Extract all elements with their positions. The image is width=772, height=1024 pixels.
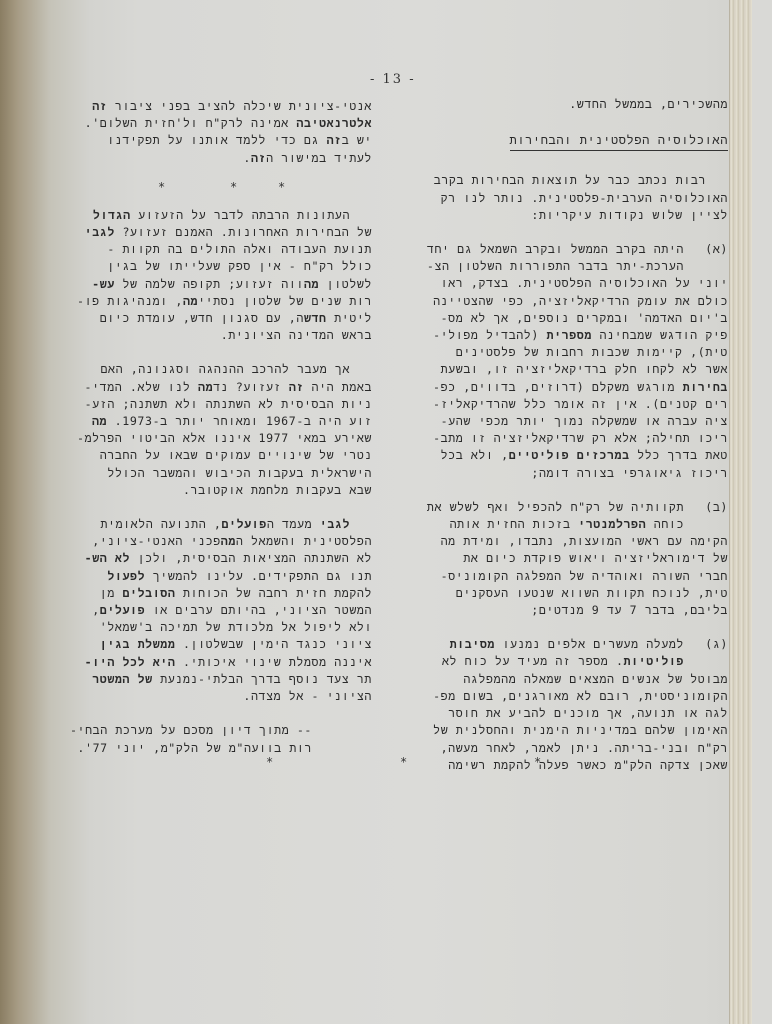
text-line: הישראלית בעקבות הכיבוש והמשבר הכולל [38, 465, 372, 482]
text-line: זוע היה ב-1967 ומאוחר יותר ב-1973. מה [38, 413, 372, 430]
signature: -- מתוך דיון מסכם על מערכת הבחי-רות בווע… [38, 722, 372, 756]
text-line: הציוני - אל מצדה. [38, 688, 372, 705]
text-line: נטרי של שינויים עמוקים שבאו על החברה [38, 447, 372, 464]
text-line: תר צעד נוסף בדרך הבלתי-נמנעת של המשטר [38, 671, 372, 688]
text-line: למעלה מעשרים אלפים נמנעו מסיבות [400, 636, 684, 653]
text-line: לגבי מעמד הפועלים, התנועה הלאומית [38, 516, 372, 533]
text-line: ריכו תחילה; אלא רק שרדיקאליזציה זו מתב- [400, 430, 728, 447]
text-line: שבא בעקבות מלחמת אוקטובר. [38, 482, 372, 499]
text-line: רים קטנים). אין זה אומר כלל שהרדיקאליז- [400, 396, 728, 413]
text-line: ולא ליפול אל מלכודת של תמיכה ב'שמאל' [38, 619, 372, 636]
text-line: יש בזה גם כדי ללמד אותנו על תפקידנו [38, 132, 372, 149]
text-line: יוני על האוכלוסיה הפלסטינית. בצדק, ראו [400, 275, 728, 292]
text-line: של הבחירות האחרונות. האמנם זעזוע? לגבי [38, 224, 372, 241]
text-line: ב'יום האדמה' ובמקרים נוספים, אך לא מס- [400, 310, 728, 327]
text-line: פוליטיות. מספר זה מעיד על כוח לא [400, 653, 684, 670]
text-line: אך מעבר להרכב ההנהגה וסגנונה, האם [38, 361, 372, 378]
text-line: ריכוז גיאוגרפי בצורה דומה; [400, 465, 728, 482]
list-marker: (ב) [705, 499, 728, 516]
text-line: טאת בדרך כלל במרכזים פוליטיים, ולא בכל [400, 447, 728, 464]
footer-separator: * * * [0, 755, 752, 775]
right-column: מהשכירים, בממשל החדש. האוכלוסיה הפלסטיני… [400, 96, 728, 774]
text-line: חברי השורה ואוהדיה של המפלגה הקומוניס- [400, 568, 728, 585]
text-line: הערכת-יתר בדבר התפוררות השלטון הצ- [400, 258, 684, 275]
text-line: לעתיד במישור הזה. [38, 150, 372, 167]
text-line: ניות הבסיסית לא השתנתה ולא תשתנה; הזע- [38, 396, 372, 413]
opening-lines: אנטי-ציונית שיכלה להציב בפני ציבור זהאלט… [38, 98, 372, 167]
text-line: לא השתנתה המציאות הבסיסית, ולכן לא הש- [38, 550, 372, 567]
text-line: תנו גם התפקידים. עלינו להמשיך לפעול [38, 568, 372, 585]
text-line: בראש המדינה הציונית. [38, 327, 372, 344]
text-line: איננה מסמלת שינוי איכותי. היא לכל היו- [38, 654, 372, 671]
paragraph-3: לגבי מעמד הפועלים, התנועה הלאומיתהפלסטינ… [38, 516, 372, 705]
text-line: האימון שלהם במדיניות הימנית והחסלנית של [400, 722, 728, 739]
scanned-page: - 13 - מהשכירים, בממשל החדש. האוכלוסיה ה… [0, 0, 752, 1024]
text-line: טית, לנוכח תקוות השווא שנטעו העסקנים [400, 585, 728, 602]
text-line: המשטר הציוני, בהיותם ערבים או פועלים, [38, 602, 372, 619]
list-marker: (ג) [705, 636, 728, 653]
text-line: הקומוניסטית, רובם לא מאורגנים, בשום מפ- [400, 688, 728, 705]
paragraph-2: אך מעבר להרכב ההנהגה וסגנונה, האםבאמת הי… [38, 361, 372, 499]
opening-line: מהשכירים, בממשל החדש. [400, 96, 728, 113]
text-line: העתונות הרבתה לדבר על הזעזוע הגדול [38, 207, 372, 224]
text-line: כולם את עומק הרדיקאליזציה, כפי שהצטיינה [400, 293, 728, 310]
text-line: של דימוראליזציה ויאוש פוקדת כיום את [400, 550, 728, 567]
text-line: ליטית חדשה, עם סגנון חדש, עומדת כיום [38, 310, 372, 327]
section-heading: האוכלוסיה הפלסטינית והבחירות [510, 132, 728, 151]
list-item-c: (ג)למעלה מעשרים אלפים נמנעו מסיבותפוליטי… [400, 636, 728, 774]
text-line: טית), קיימות שכבות רחבות של פלסטינים [400, 344, 728, 361]
text-line: מבוטל של אנשים המצאים שמאלה מהמפלגה [400, 671, 728, 688]
text-line: הפלסטינית והשמאל המהפכני האנטי-ציוני, [38, 533, 372, 550]
list-item-a: (א)היתה בקרב הממשל ובקרב השמאל גם יחדהער… [400, 241, 728, 482]
text-line: תנועת העבודה ואלה התולים בה תקוות - [38, 241, 372, 258]
text-line: כולל רק"ח - אין ספק שעלייתו של בגין [38, 258, 372, 275]
left-column: אנטי-ציונית שיכלה להציב בפני ציבור זהאלט… [38, 98, 372, 757]
text-line: באמת היה זה זעזוע? נדמה לנו שלא. המדי- [38, 379, 372, 396]
text-line: כוחה הפרלמנטרי בזכות החזית אותה [400, 516, 684, 533]
text-line: לשלטון מהווה זעזוע; תקופה שלמה של עש- [38, 276, 372, 293]
text-line: -- מתוך דיון מסכם על מערכת הבחי- [38, 722, 312, 739]
section-separator: * * * [38, 167, 372, 207]
text-line: בחירות מורגש משקלם (דרוזים, בדווים, כפ- [400, 379, 728, 396]
text-line: שאירע במאי 1977 איננו אלא הביטוי הפרלמ- [38, 430, 372, 447]
text-line: לגה או תנועה, אך מוכנים להביע את חוסר [400, 705, 728, 722]
book-page-edges [729, 0, 752, 1024]
text-line: ציה עברה או שמשקלה נמוך יותר מכפי שהע- [400, 413, 728, 430]
page-number: - 13 - [370, 72, 416, 87]
paragraph-1: העתונות הרבתה לדבר על הזעזוע הגדולשל הבח… [38, 207, 372, 345]
text-line: פיק הודגש שמבחינה מספרית (להבדיל מפולי- [400, 327, 728, 344]
intro-paragraph: רבות נכתב כבר על תוצאות הבחירות בקרב האו… [400, 172, 728, 224]
text-line: תקוותיה של רק"ח להכפיל ואף לשלש את [400, 499, 684, 516]
text-line: בליבם, בדבר 7 עד 9 מנדטים; [400, 602, 728, 619]
text-line: היתה בקרב הממשל ובקרב השמאל גם יחד [400, 241, 684, 258]
list-item-b: (ב)תקוותיה של רק"ח להכפיל ואף לשלש אתכוח… [400, 499, 728, 619]
text-line: אנטי-ציונית שיכלה להציב בפני ציבור זה [38, 98, 372, 115]
list-marker: (א) [705, 241, 728, 258]
text-line: להקמת חזית רחבה של הכוחות הסובלים מן [38, 585, 372, 602]
text-line: אשר לא לקחו חלק ברדיקאליזציה זו, ובשעת [400, 361, 728, 378]
text-line: הקימה עם ראשי המועצות, נתבדו, ומידת מה [400, 533, 728, 550]
text-line: רות שנים של שלטון נסתיימה, ומנהיגות פו- [38, 293, 372, 310]
text-line: ציוני כנגד הימין שבשלטון. ממשלת בגין [38, 636, 372, 653]
text-line: אלטרנאטיבה אמינה לרק"ח ול'חזית השלום'. [38, 115, 372, 132]
